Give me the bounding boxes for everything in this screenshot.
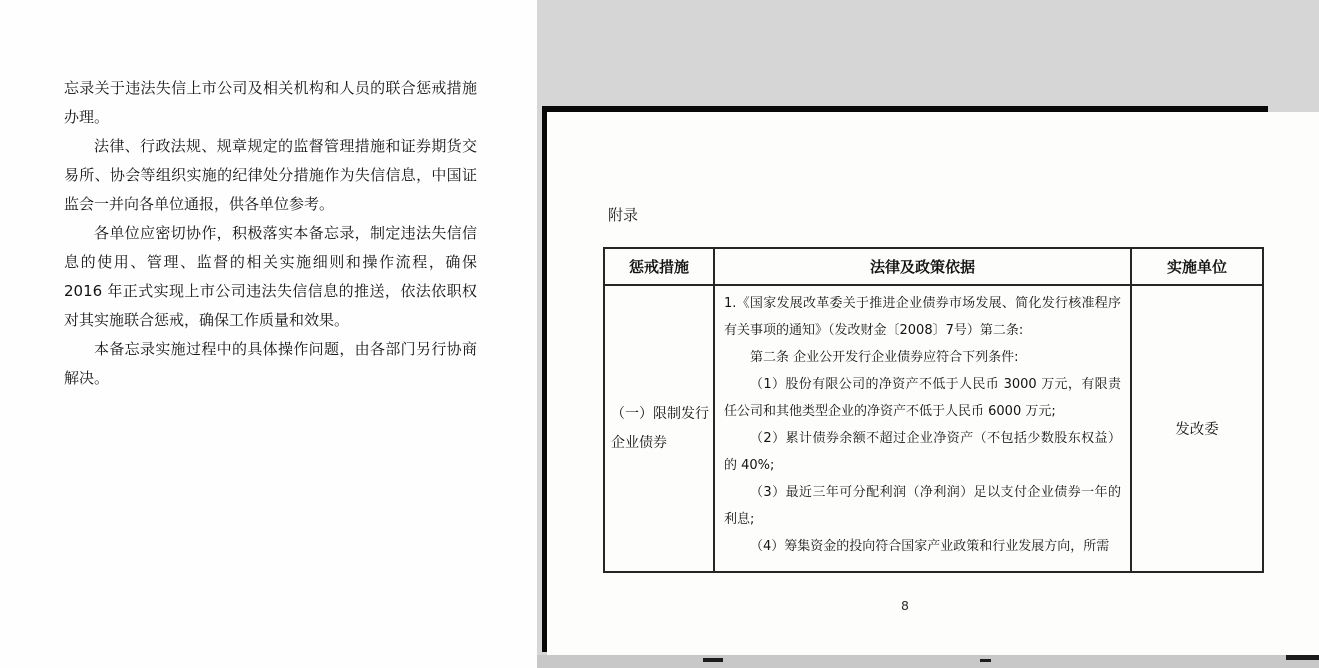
column-header-unit: 实施单位 (1131, 248, 1263, 285)
sanction-measures-table: 惩戒措施 法律及政策依据 实施单位 （一）限制发行企业债券 1.《国家发展改革委… (603, 247, 1264, 573)
column-header-measure: 惩戒措施 (604, 248, 714, 285)
body-text-block: 忘录关于违法失信上市公司及相关机构和人员的联合惩戒措施办理。 法律、行政法规、规… (64, 74, 477, 393)
basis-paragraph: （3）最近三年可分配利润（净利润）足以支付企业债券一年的利息; (724, 479, 1121, 533)
column-header-basis: 法律及政策依据 (714, 248, 1131, 285)
measure-cell: （一）限制发行企业债券 (604, 285, 714, 572)
scan-noise-speck (703, 658, 723, 662)
basis-paragraph: 1.《国家发展改革委关于推进企业债券市场发展、简化发行核准程序有关事项的通知》（… (724, 290, 1121, 344)
table-row: （一）限制发行企业债券 1.《国家发展改革委关于推进企业债券市场发展、简化发行核… (604, 285, 1263, 572)
legal-basis-cell: 1.《国家发展改革委关于推进企业债券市场发展、简化发行核准程序有关事项的通知》（… (714, 285, 1131, 572)
table-header-row: 惩戒措施 法律及政策依据 实施单位 (604, 248, 1263, 285)
scanned-document-page: 附录 惩戒措施 法律及政策依据 实施单位 （一）限制发行企业债券 1.《国家发展… (547, 112, 1319, 655)
scan-noise-speck (1286, 655, 1319, 660)
page-number: 8 (547, 598, 1263, 613)
implementing-unit-cell: 发改委 (1131, 285, 1263, 572)
basis-paragraph: 第二条 企业公开发行企业债券应符合下列条件: (724, 344, 1121, 371)
paragraph: 忘录关于违法失信上市公司及相关机构和人员的联合惩戒措施办理。 (64, 74, 477, 132)
paragraph: 各单位应密切协作，积极落实本备忘录，制定违法失信信息的使用、管理、监督的相关实施… (64, 219, 477, 335)
paragraph: 法律、行政法规、规章规定的监督管理措施和证券期货交易所、协会等组织实施的纪律处分… (64, 132, 477, 219)
basis-paragraph: （2）累计债券余额不超过企业净资产（不包括少数股东权益）的 40%; (724, 425, 1121, 479)
basis-paragraph: （4）筹集资金的投向符合国家产业政策和行业发展方向，所需 (724, 533, 1121, 560)
left-document-page: 忘录关于违法失信上市公司及相关机构和人员的联合惩戒措施办理。 法律、行政法规、规… (0, 0, 537, 668)
paragraph: 本备忘录实施过程中的具体操作问题，由各部门另行协商解决。 (64, 335, 477, 393)
appendix-heading: 附录 (608, 204, 638, 225)
scan-noise-speck (980, 659, 991, 662)
basis-paragraph: （1）股份有限公司的净资产不低于人民币 3000 万元，有限责任公司和其他类型企… (724, 371, 1121, 425)
scanner-bottom-strip (537, 655, 1319, 668)
